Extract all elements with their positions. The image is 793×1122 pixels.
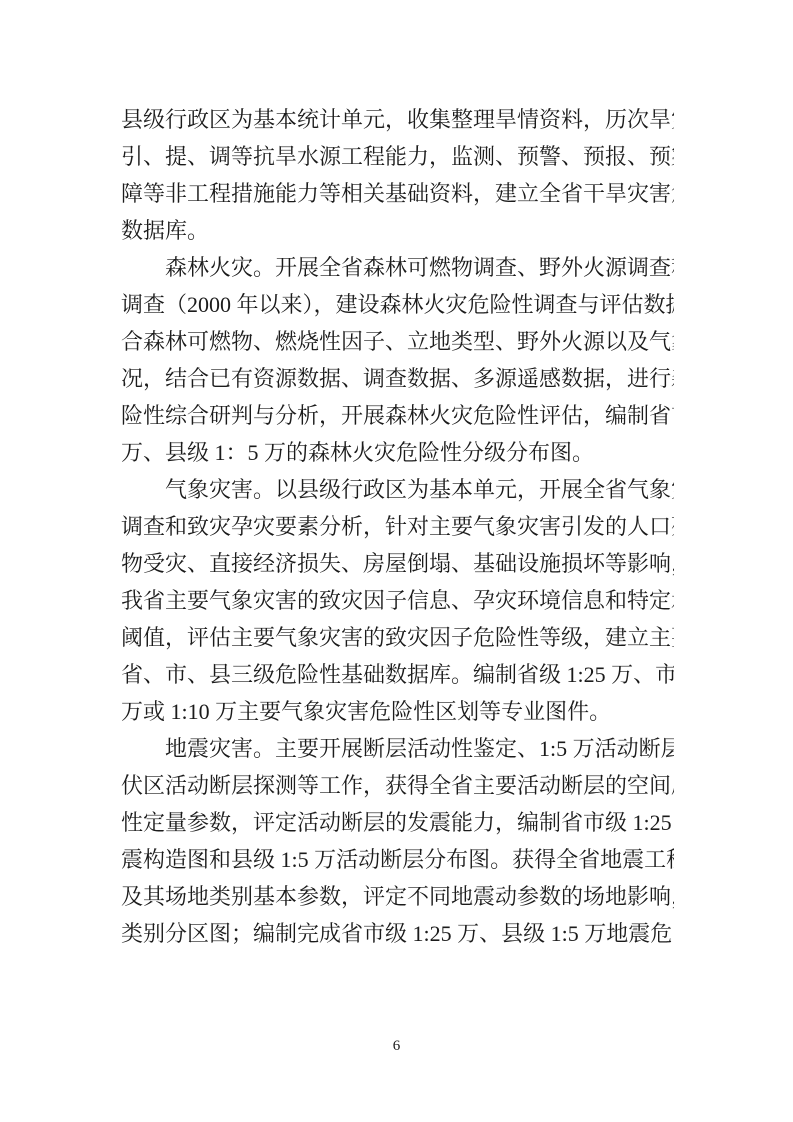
- text-line: 类别分区图；编制完成省市级 1:25 万、县级 1:5 万地震危险性图。: [121, 915, 674, 952]
- text-line: 合森林可燃物、燃烧性因子、立地类型、野外火源以及气象条件等情: [121, 323, 674, 360]
- text-line: 调查（2000 年以来），建设森林火灾危险性调查与评估数据库。综: [121, 286, 674, 323]
- text-line: 况，结合已有资源数据、调查数据、多源遥感数据，进行森林火灾危: [121, 360, 674, 397]
- text-line: 数据库。: [121, 212, 674, 249]
- text-line: 伏区活动断层探测等工作，获得全省主要活动断层的空间展布和活动: [121, 767, 674, 804]
- paragraph: 地震灾害。主要开展断层活动性鉴定、1:5 万活动断层填图、隐伏区活动断层探测等工…: [121, 730, 674, 952]
- paragraph: 森林火灾。开展全省森林可燃物调查、野外火源调查和气象条件调查（2000 年以来）…: [121, 249, 674, 471]
- text-line: 震构造图和县级 1:5 万活动断层分布图。获得全省地震工程地质条件: [121, 841, 674, 878]
- document-page: 县级行政区为基本统计单元，收集整理旱情资料，历次旱灾资料，蓄、引、提、调等抗旱水…: [0, 0, 793, 1122]
- text-line: 气象灾害。以县级行政区为基本单元，开展全省气象灾害的特征: [121, 471, 674, 508]
- text-line: 地震灾害。主要开展断层活动性鉴定、1:5 万活动断层填图、隐: [121, 730, 674, 767]
- text-line: 万或 1:10 万主要气象灾害危险性区划等专业图件。: [121, 693, 674, 730]
- text-line: 物受灾、直接经济损失、房屋倒塌、基础设施损坏等影响，全面获取: [121, 545, 674, 582]
- text-line: 调查和致灾孕灾要素分析，针对主要气象灾害引发的人口死亡、农作: [121, 508, 674, 545]
- text-line: 我省主要气象灾害的致灾因子信息、孕灾环境信息和特定承灾体致灾: [121, 582, 674, 619]
- text-line: 性定量参数，评定活动断层的发震能力，编制省市级 1:25 万区域地: [121, 804, 674, 841]
- paragraph: 气象灾害。以县级行政区为基本单元，开展全省气象灾害的特征调查和致灾孕灾要素分析，…: [121, 471, 674, 730]
- text-line: 森林火灾。开展全省森林可燃物调查、野外火源调查和气象条件: [121, 249, 674, 286]
- text-line: 万、县级 1：5 万的森林火灾危险性分级分布图。: [121, 434, 674, 471]
- text-line: 引、提、调等抗旱水源工程能力，监测、预警、预报、预案、服务保: [121, 138, 674, 175]
- page-number: 6: [393, 1038, 401, 1054]
- text-line: 阈值，评估主要气象灾害的致灾因子危险性等级，建立主要气象灾害: [121, 619, 674, 656]
- page-footer: 6: [0, 1036, 793, 1056]
- paragraph: 县级行政区为基本统计单元，收集整理旱情资料，历次旱灾资料，蓄、引、提、调等抗旱水…: [121, 101, 674, 249]
- text-line: 县级行政区为基本统计单元，收集整理旱情资料，历次旱灾资料，蓄、: [121, 101, 674, 138]
- text-line: 障等非工程措施能力等相关基础资料，建立全省干旱灾害危险性调查: [121, 175, 674, 212]
- text-line: 省、市、县三级危险性基础数据库。编制省级 1:25 万、市县级 1:5: [121, 656, 674, 693]
- document-text-block: 县级行政区为基本统计单元，收集整理旱情资料，历次旱灾资料，蓄、引、提、调等抗旱水…: [121, 101, 674, 952]
- text-line: 及其场地类别基本参数，评定不同地震动参数的场地影响，编制场地: [121, 878, 674, 915]
- text-line: 险性综合研判与分析，开展森林火灾危险性评估，编制省市级 1:25: [121, 397, 674, 434]
